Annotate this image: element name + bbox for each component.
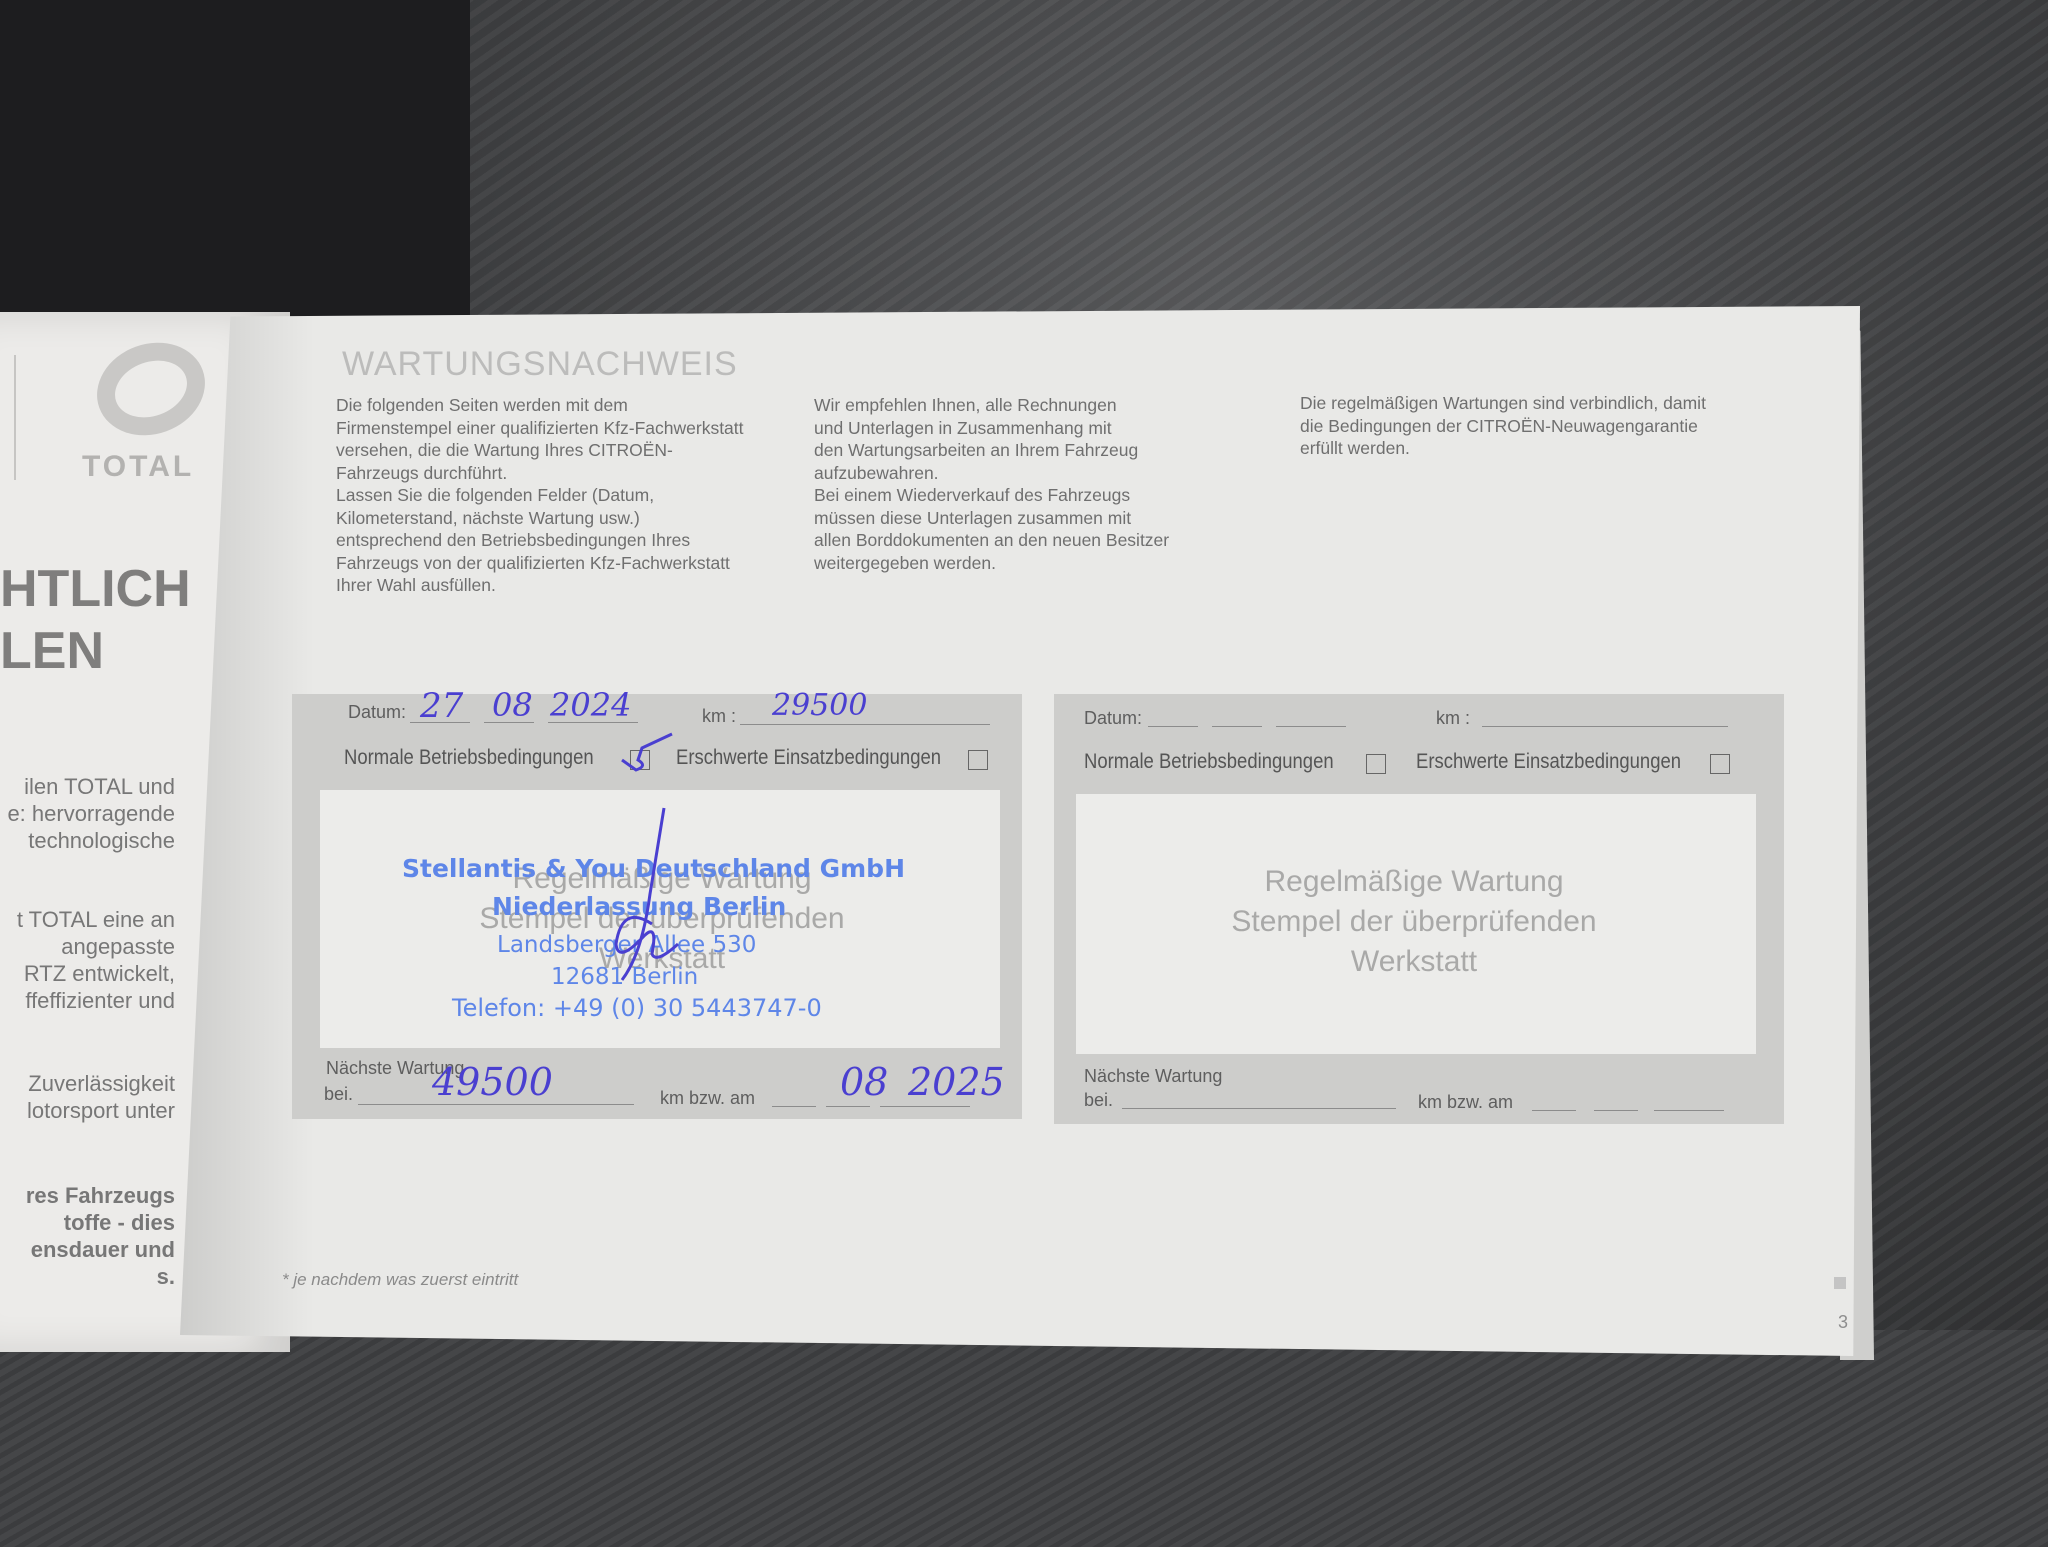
- left-paragraph: ilen TOTAL und e: hervorragende technolo…: [0, 773, 175, 854]
- text-line: ensdauer und: [0, 1236, 175, 1263]
- text-line: lotorsport unter: [0, 1097, 175, 1124]
- date-day-value[interactable]: 27: [420, 686, 463, 726]
- next-km-line: [358, 1104, 634, 1105]
- intro-column-1: Die folgenden Seiten werden mit dem Firm…: [336, 394, 744, 597]
- date-month-value[interactable]: 08: [492, 686, 533, 724]
- text-line: t TOTAL eine an: [0, 906, 175, 933]
- left-paragraph: res Fahrzeugs toffe - dies ensdauer und …: [0, 1182, 175, 1290]
- text-line: ilen TOTAL und: [0, 773, 175, 800]
- normal-conditions-label: Normale Betriebsbedingungen: [344, 746, 594, 770]
- left-paragraph: t TOTAL eine an angepasste RTZ entwickel…: [0, 906, 175, 1014]
- signature: [582, 804, 692, 994]
- severe-conditions-checkbox[interactable]: [968, 750, 988, 770]
- text-line: res Fahrzeugs: [0, 1182, 175, 1209]
- km-value[interactable]: 29500: [772, 688, 867, 723]
- normal-conditions-label: Normale Betriebsbedingungen: [1084, 750, 1334, 774]
- text-line: angepasste: [0, 933, 175, 960]
- text-line: ffeffizienter und: [0, 987, 175, 1014]
- left-paragraph: Zuverlässigkeit lotorsport unter: [0, 1070, 175, 1124]
- km-line: [740, 724, 990, 725]
- severe-conditions-checkbox[interactable]: [1710, 754, 1730, 774]
- date-day-line: [1148, 726, 1198, 727]
- next-km-value[interactable]: 49500: [432, 1060, 553, 1104]
- text-line: RTZ entwickelt,: [0, 960, 175, 987]
- next-month-line: [1594, 1110, 1638, 1111]
- next-month-value[interactable]: 08: [840, 1060, 888, 1104]
- severe-conditions-label: Erschwerte Einsatzbedingungen: [676, 746, 941, 770]
- next-day-line: [1532, 1110, 1576, 1111]
- stamp-line: Telefon: +49 (0) 30 5443747-0: [452, 994, 822, 1022]
- date-label: Datum:: [348, 702, 406, 723]
- text-line: s.: [0, 1263, 175, 1290]
- next-year-value[interactable]: 2025: [908, 1060, 1005, 1104]
- next-month-line: [826, 1106, 870, 1107]
- car-seat-fabric: [0, 1330, 2048, 1547]
- km-label: km :: [1436, 708, 1470, 729]
- service-entry-1: Datum: 27 08 2024 km : 29500 Normale Bet…: [292, 694, 1022, 1119]
- km-or-on-label: km bzw. am: [660, 1088, 755, 1109]
- divider: [14, 355, 16, 480]
- page-title: WARTUNGSNACHWEIS: [342, 345, 738, 384]
- next-day-line: [772, 1106, 816, 1107]
- checkmark-icon: [618, 730, 678, 774]
- date-month-line: [1212, 726, 1262, 727]
- left-heading: HTLICH LEN: [0, 558, 191, 682]
- severe-conditions-label: Erschwerte Einsatzbedingungen: [1416, 750, 1681, 774]
- normal-conditions-checkbox[interactable]: [1366, 754, 1386, 774]
- brand-name: TOTAL: [82, 450, 194, 484]
- service-entry-2: Datum: km : Normale Betriebsbedingungen …: [1054, 694, 1784, 1124]
- heading-line: HTLICH: [0, 558, 191, 620]
- next-year-line: [880, 1106, 970, 1107]
- intro-column-2: Wir empfehlen Ihnen, alle Rechnungen und…: [814, 394, 1169, 574]
- car-seat-background: [0, 0, 470, 330]
- intro-column-3: Die regelmäßigen Wartungen sind verbindl…: [1300, 392, 1706, 460]
- date-year-value[interactable]: 2024: [550, 686, 631, 724]
- footnote: * je nachdem was zuerst eintritt: [282, 1270, 518, 1290]
- at-label: bei.: [324, 1084, 353, 1105]
- next-service-label: Nächste Wartung: [1084, 1066, 1222, 1087]
- text-line: toffe - dies: [0, 1209, 175, 1236]
- date-year-line: [1276, 726, 1346, 727]
- km-or-on-label: km bzw. am: [1418, 1092, 1513, 1113]
- km-label: km :: [702, 706, 736, 727]
- print-mark: [1834, 1277, 1846, 1289]
- text-line: e: hervorragende: [0, 800, 175, 827]
- text-line: Zuverlässigkeit: [0, 1070, 175, 1097]
- stamp-placeholder: Regelmäßige Wartung Stempel der überprüf…: [1174, 862, 1654, 982]
- next-km-line: [1122, 1108, 1396, 1109]
- next-year-line: [1654, 1110, 1724, 1111]
- km-line: [1482, 726, 1728, 727]
- page-number: 3: [1838, 1312, 1848, 1333]
- date-label: Datum:: [1084, 708, 1142, 729]
- at-label: bei.: [1084, 1090, 1113, 1111]
- heading-line: LEN: [0, 620, 191, 682]
- text-line: technologische: [0, 827, 175, 854]
